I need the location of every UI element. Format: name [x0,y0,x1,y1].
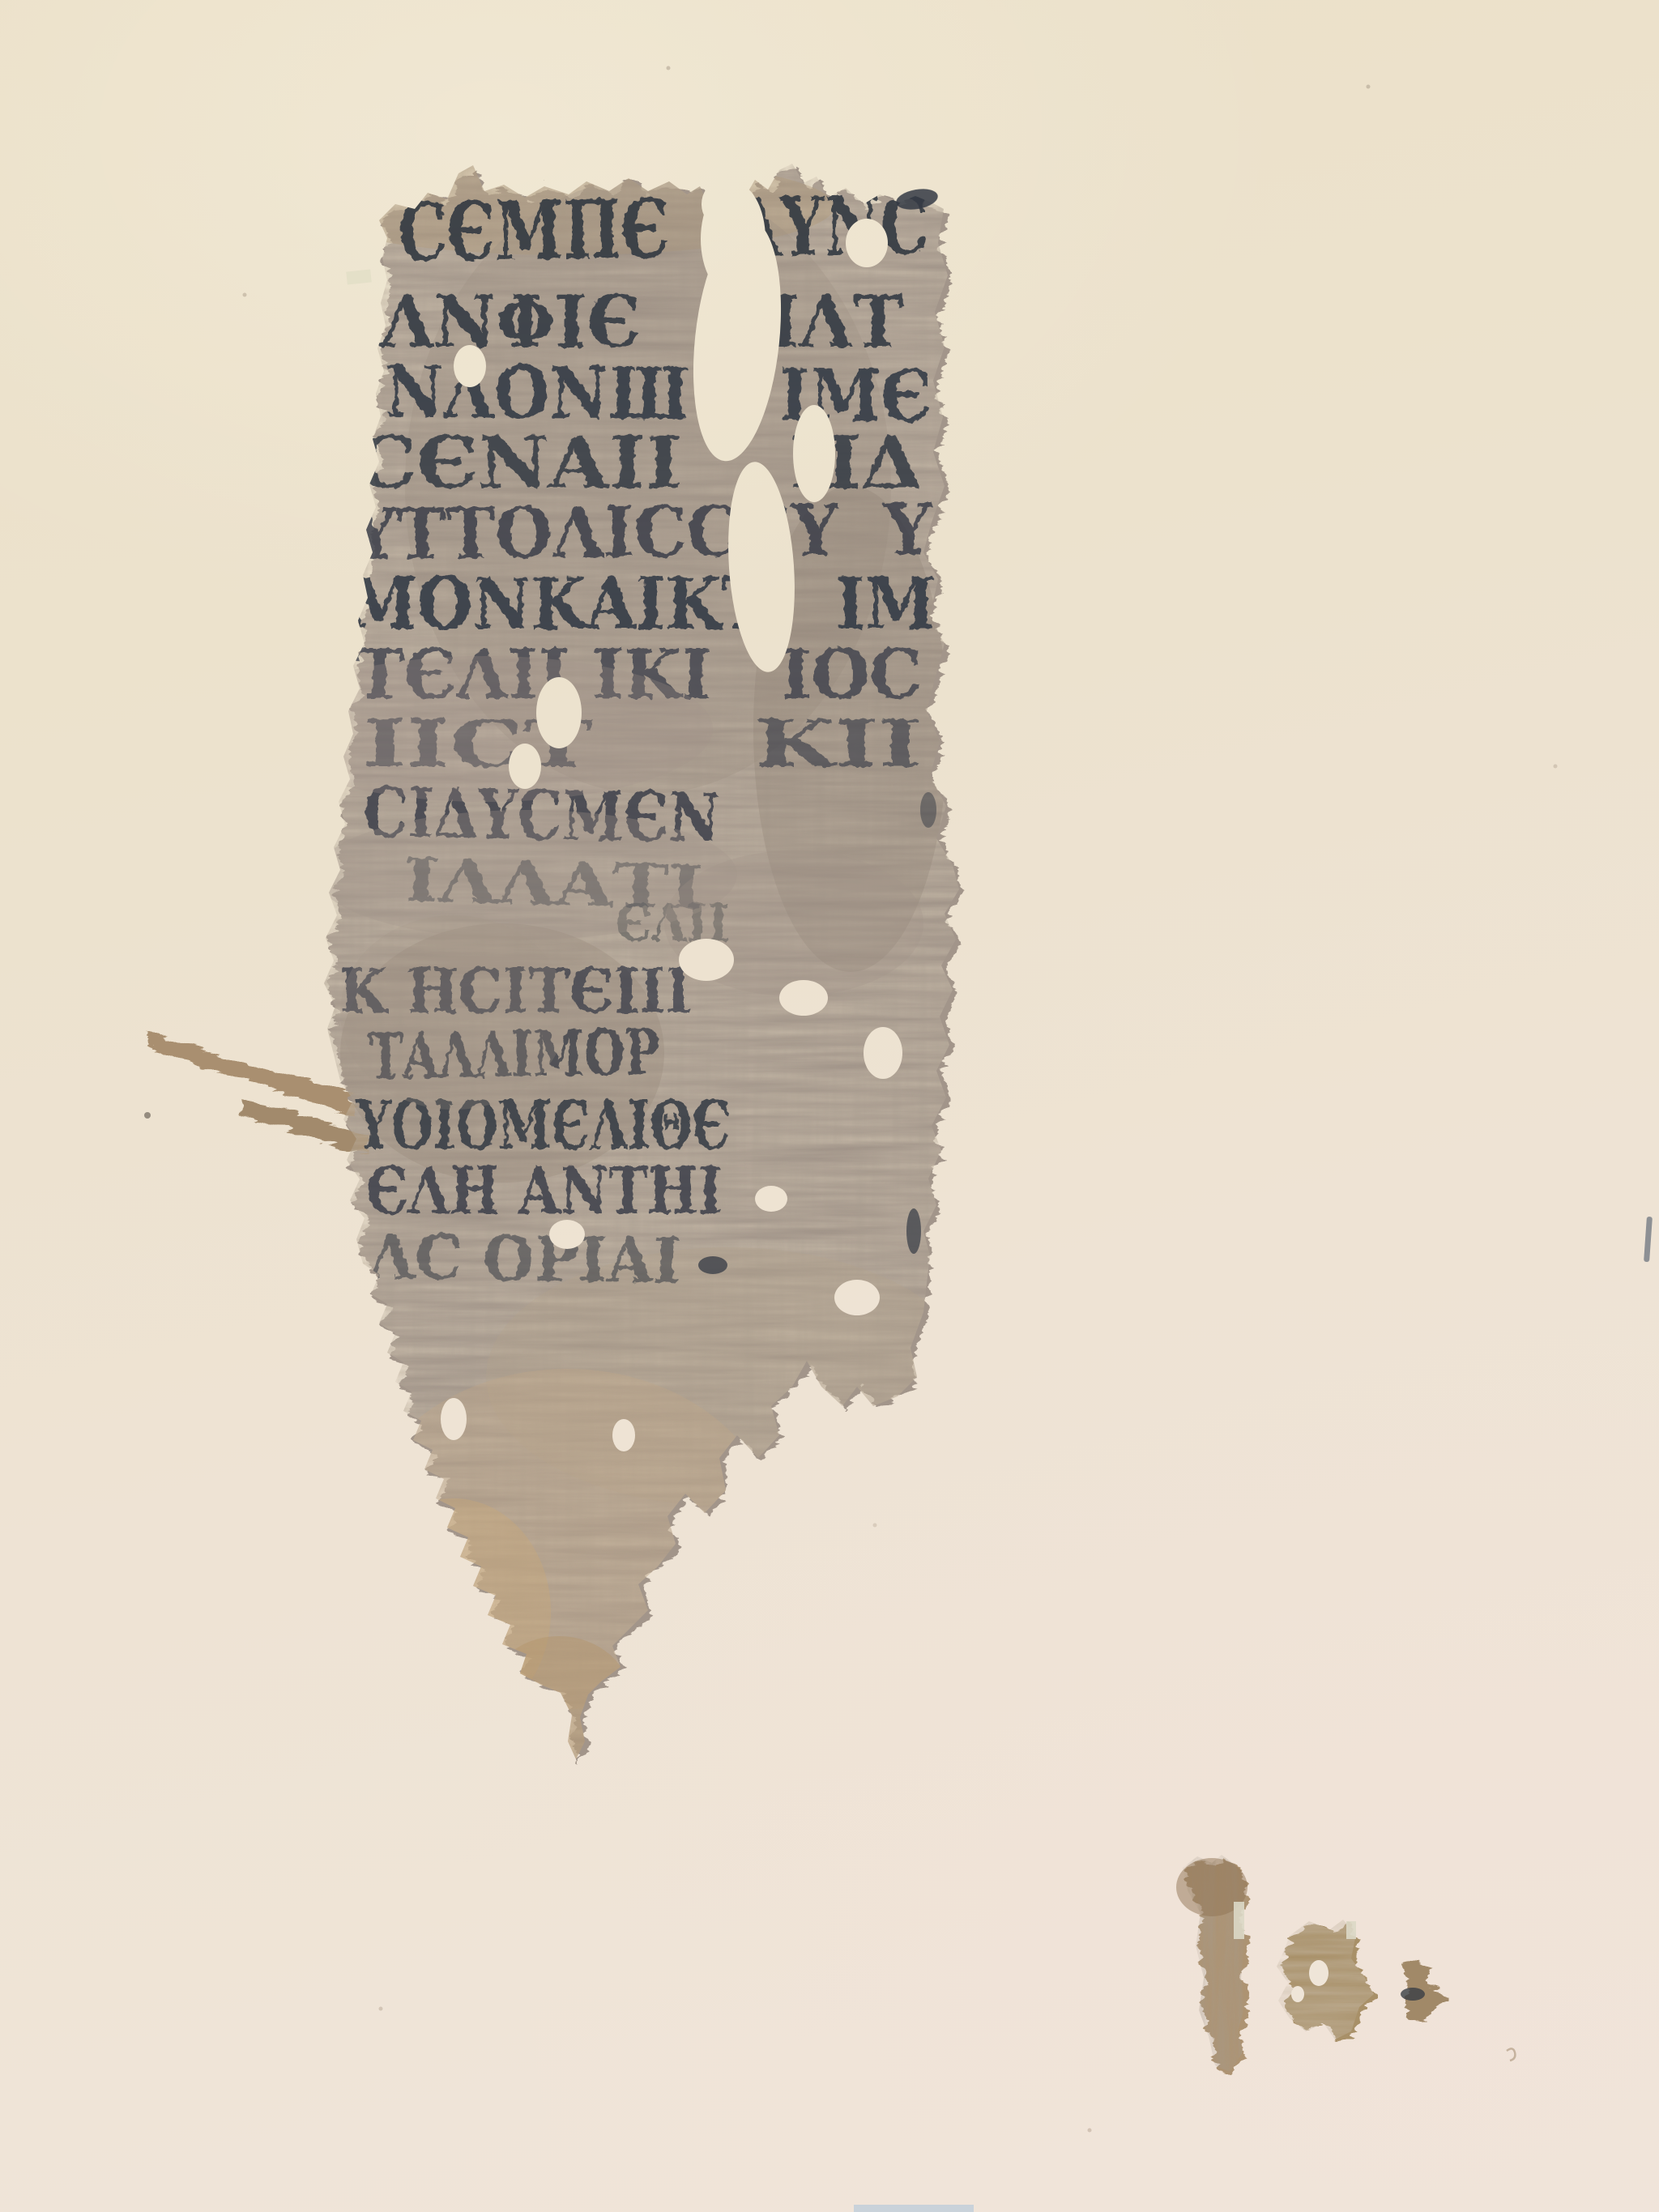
photo-mount-background: CЄMΠЄ ΑΥΝC ΛΝΦΙЄ ΙΙΛΤ ΝΛΟΝШ ΙΜЄ CЄΝΑΙΙ Ι… [0,0,1659,2212]
pencil-curl-mark [1507,2048,1515,2061]
tape-tab-fragment-2 [1346,1921,1356,1939]
papyrus-text-line-15: ЄΛΗ ΑΝΤΗΙ [366,1153,723,1229]
papyrus-text-line-6: ΜΟΝΚΑΙΚΤ ΙΜ [347,561,936,646]
papyrus-fragment-small-1 [1176,1855,1247,2072]
papyrus-fragment-main: CЄMΠЄ ΑΥΝC ΛΝΦΙЄ ΙΙΛΤ ΝΛΟΝШ ΙΜЄ CЄΝΑΙΙ Ι… [143,158,972,1766]
papyrus-fragment-small-2 [1277,1920,1374,2039]
ink-trace-fragment-3 [1401,1988,1425,2001]
papyrus-fragment-small-3 [1400,1955,1447,2019]
papyrus-text-line-16: ΛC ΟΡΙΑΙ [368,1221,681,1297]
papyrus-text-line-1: CЄMΠЄ ΑΥΝC [398,177,930,280]
tape-tab-left [346,269,372,284]
pencil-mark-right-edge [1644,1217,1653,1262]
mount-edge-tab [854,2205,974,2212]
tape-tab-fragment-1 [1234,1902,1244,1939]
papyrus-photo: CЄMΠЄ ΑΥΝC ΛΝΦΙЄ ΙΙΛΤ ΝΛΟΝШ ΙΜЄ CЄΝΑΙΙ Ι… [0,0,1659,2212]
